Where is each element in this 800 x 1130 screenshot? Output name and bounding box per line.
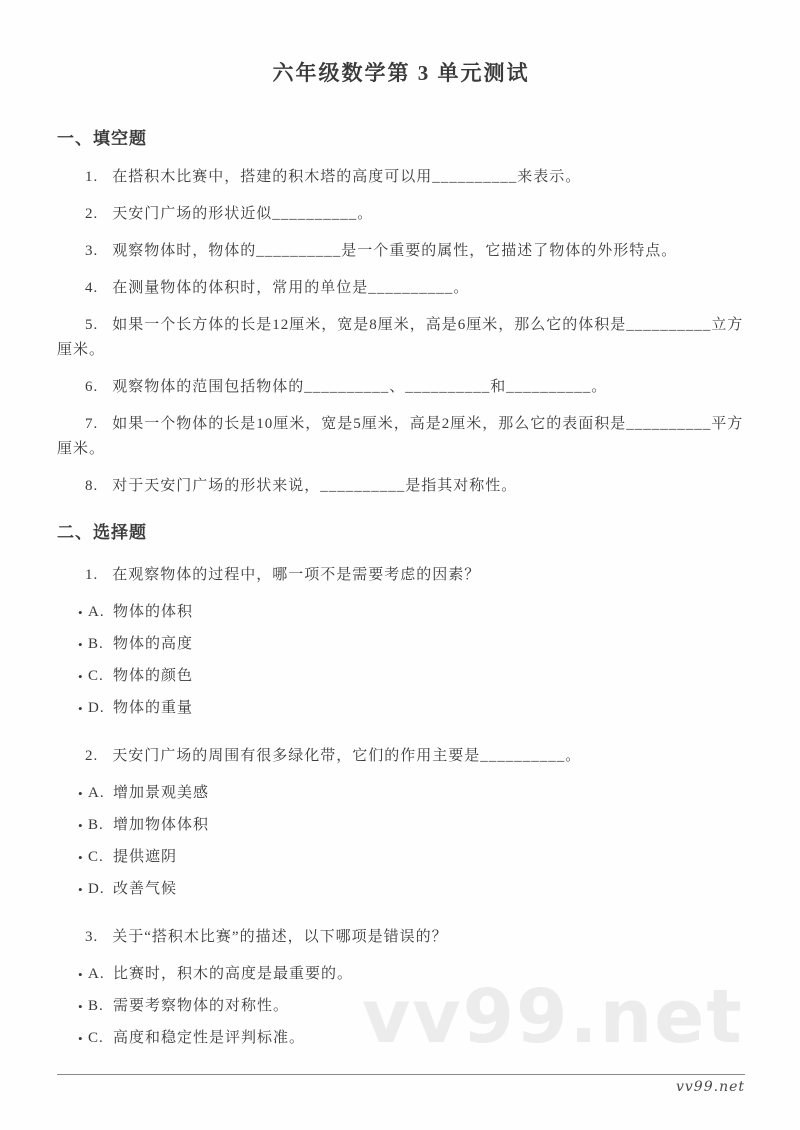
fill-question-1: 1.在搭积木比赛中，搭建的积木塔的高度可以用__________来表示。: [57, 165, 745, 190]
bullet-icon: •: [78, 813, 88, 838]
page-title: 六年级数学第 3 单元测试: [57, 0, 745, 86]
option-text: 物体的重量: [113, 696, 745, 721]
choice-question-2: 2.天安门广场的周围有很多绿化带，它们的作用主要是__________。: [57, 744, 745, 769]
footer-divider: [57, 1074, 745, 1075]
option-text: 物体的颜色: [113, 664, 745, 689]
choice-question-1: 1.在观察物体的过程中，哪一项不是需要考虑的因素？: [57, 563, 745, 588]
option-label: A.: [88, 600, 113, 625]
option-row-b: • B. 物体的高度: [57, 632, 745, 657]
option-row-a: • A. 物体的体积: [57, 600, 745, 625]
question-number: 3.: [85, 243, 98, 259]
option-row-d: • D. 物体的重量: [57, 696, 745, 721]
question-text: 关于“搭积木比赛”的描述，以下哪项是错误的？: [112, 929, 447, 945]
choice-question-3: 3.关于“搭积木比赛”的描述，以下哪项是错误的？: [57, 925, 745, 950]
question-number: 8.: [85, 478, 98, 494]
question-text: 观察物体的范围包括物体的__________、__________和______…: [112, 379, 607, 395]
option-row-b: • B. 需要考察物体的对称性。: [57, 994, 745, 1019]
fill-question-3: 3.观察物体时，物体的__________是一个重要的属性，它描述了物体的外形特…: [57, 239, 745, 264]
option-row-c: • C. 物体的颜色: [57, 664, 745, 689]
choice-2-options: • A. 增加景观美感 • B. 增加物体体积 • C. 提供遮阴 • D. 改…: [57, 781, 745, 902]
fill-question-6: 6.观察物体的范围包括物体的__________、__________和____…: [57, 375, 745, 400]
footer-site-label: vv99.net: [57, 1079, 745, 1096]
question-text: 在搭积木比赛中，搭建的积木塔的高度可以用__________来表示。: [112, 169, 581, 185]
document-content: 六年级数学第 3 单元测试 一、填空题 1.在搭积木比赛中，搭建的积木塔的高度可…: [0, 0, 800, 1096]
question-text: 如果一个物体的长是10厘米，宽是5厘米，高是2厘米，那么它的表面积是______…: [57, 416, 743, 457]
section-heading-fill: 一、填空题: [57, 128, 745, 150]
option-row-a: • A. 增加景观美感: [57, 781, 745, 806]
question-number: 2.: [85, 748, 98, 764]
question-text: 观察物体时，物体的__________是一个重要的属性，它描述了物体的外形特点。: [112, 243, 677, 259]
fill-question-4: 4.在测量物体的体积时，常用的单位是__________。: [57, 276, 745, 301]
option-text: 比赛时，积木的高度是最重要的。: [113, 962, 745, 987]
bullet-icon: •: [78, 696, 88, 721]
question-text: 如果一个长方体的长是12厘米，宽是8厘米，高是6厘米，那么它的体积是______…: [57, 317, 743, 358]
option-row-c: • C. 高度和稳定性是评判标准。: [57, 1026, 745, 1051]
bullet-icon: •: [78, 1026, 88, 1051]
section-heading-choice: 二、选择题: [57, 522, 745, 544]
option-label: D.: [88, 696, 113, 721]
question-number: 2.: [85, 206, 98, 222]
option-row-a: • A. 比赛时，积木的高度是最重要的。: [57, 962, 745, 987]
option-label: C.: [88, 664, 113, 689]
option-text: 物体的高度: [113, 632, 745, 657]
option-label: A.: [88, 781, 113, 806]
option-row-d: • D. 改善气候: [57, 877, 745, 902]
question-number: 3.: [85, 929, 98, 945]
choice-3-options: • A. 比赛时，积木的高度是最重要的。 • B. 需要考察物体的对称性。 • …: [57, 962, 745, 1051]
option-row-b: • B. 增加物体体积: [57, 813, 745, 838]
question-number: 6.: [85, 379, 98, 395]
question-number: 1.: [85, 567, 98, 583]
option-text: 改善气候: [113, 877, 745, 902]
choice-1-options: • A. 物体的体积 • B. 物体的高度 • C. 物体的颜色 • D. 物体…: [57, 600, 745, 721]
option-text: 物体的体积: [113, 600, 745, 625]
fill-question-7: 7.如果一个物体的长是10厘米，宽是5厘米，高是2厘米，那么它的表面积是____…: [57, 412, 745, 462]
option-label: A.: [88, 962, 113, 987]
option-text: 提供遮阴: [113, 845, 745, 870]
question-text: 对于天安门广场的形状来说，__________是指其对称性。: [112, 478, 517, 494]
option-label: C.: [88, 845, 113, 870]
option-label: D.: [88, 877, 113, 902]
question-number: 5.: [85, 317, 98, 333]
question-number: 1.: [85, 169, 98, 185]
question-number: 4.: [85, 280, 98, 296]
option-label: B.: [88, 632, 113, 657]
option-text: 增加物体体积: [113, 813, 745, 838]
option-label: B.: [88, 813, 113, 838]
fill-question-8: 8.对于天安门广场的形状来说，__________是指其对称性。: [57, 474, 745, 499]
question-text: 在测量物体的体积时，常用的单位是__________。: [112, 280, 469, 296]
question-text: 在观察物体的过程中，哪一项不是需要考虑的因素？: [112, 567, 480, 583]
bullet-icon: •: [78, 600, 88, 625]
test-paper-page: vv99.net 六年级数学第 3 单元测试 一、填空题 1.在搭积木比赛中，搭…: [0, 0, 800, 1130]
bullet-icon: •: [78, 962, 88, 987]
question-number: 7.: [85, 416, 98, 432]
option-text: 高度和稳定性是评判标准。: [113, 1026, 745, 1051]
bullet-icon: •: [78, 994, 88, 1019]
question-text: 天安门广场的形状近似__________。: [112, 206, 373, 222]
option-text: 增加景观美感: [113, 781, 745, 806]
bullet-icon: •: [78, 664, 88, 689]
bullet-icon: •: [78, 845, 88, 870]
fill-question-5: 5.如果一个长方体的长是12厘米，宽是8厘米，高是6厘米，那么它的体积是____…: [57, 313, 745, 363]
option-label: B.: [88, 994, 113, 1019]
option-label: C.: [88, 1026, 113, 1051]
question-text: 天安门广场的周围有很多绿化带，它们的作用主要是__________。: [112, 748, 581, 764]
fill-question-2: 2.天安门广场的形状近似__________。: [57, 202, 745, 227]
option-row-c: • C. 提供遮阴: [57, 845, 745, 870]
bullet-icon: •: [78, 781, 88, 806]
option-text: 需要考察物体的对称性。: [113, 994, 745, 1019]
bullet-icon: •: [78, 632, 88, 657]
bullet-icon: •: [78, 877, 88, 902]
